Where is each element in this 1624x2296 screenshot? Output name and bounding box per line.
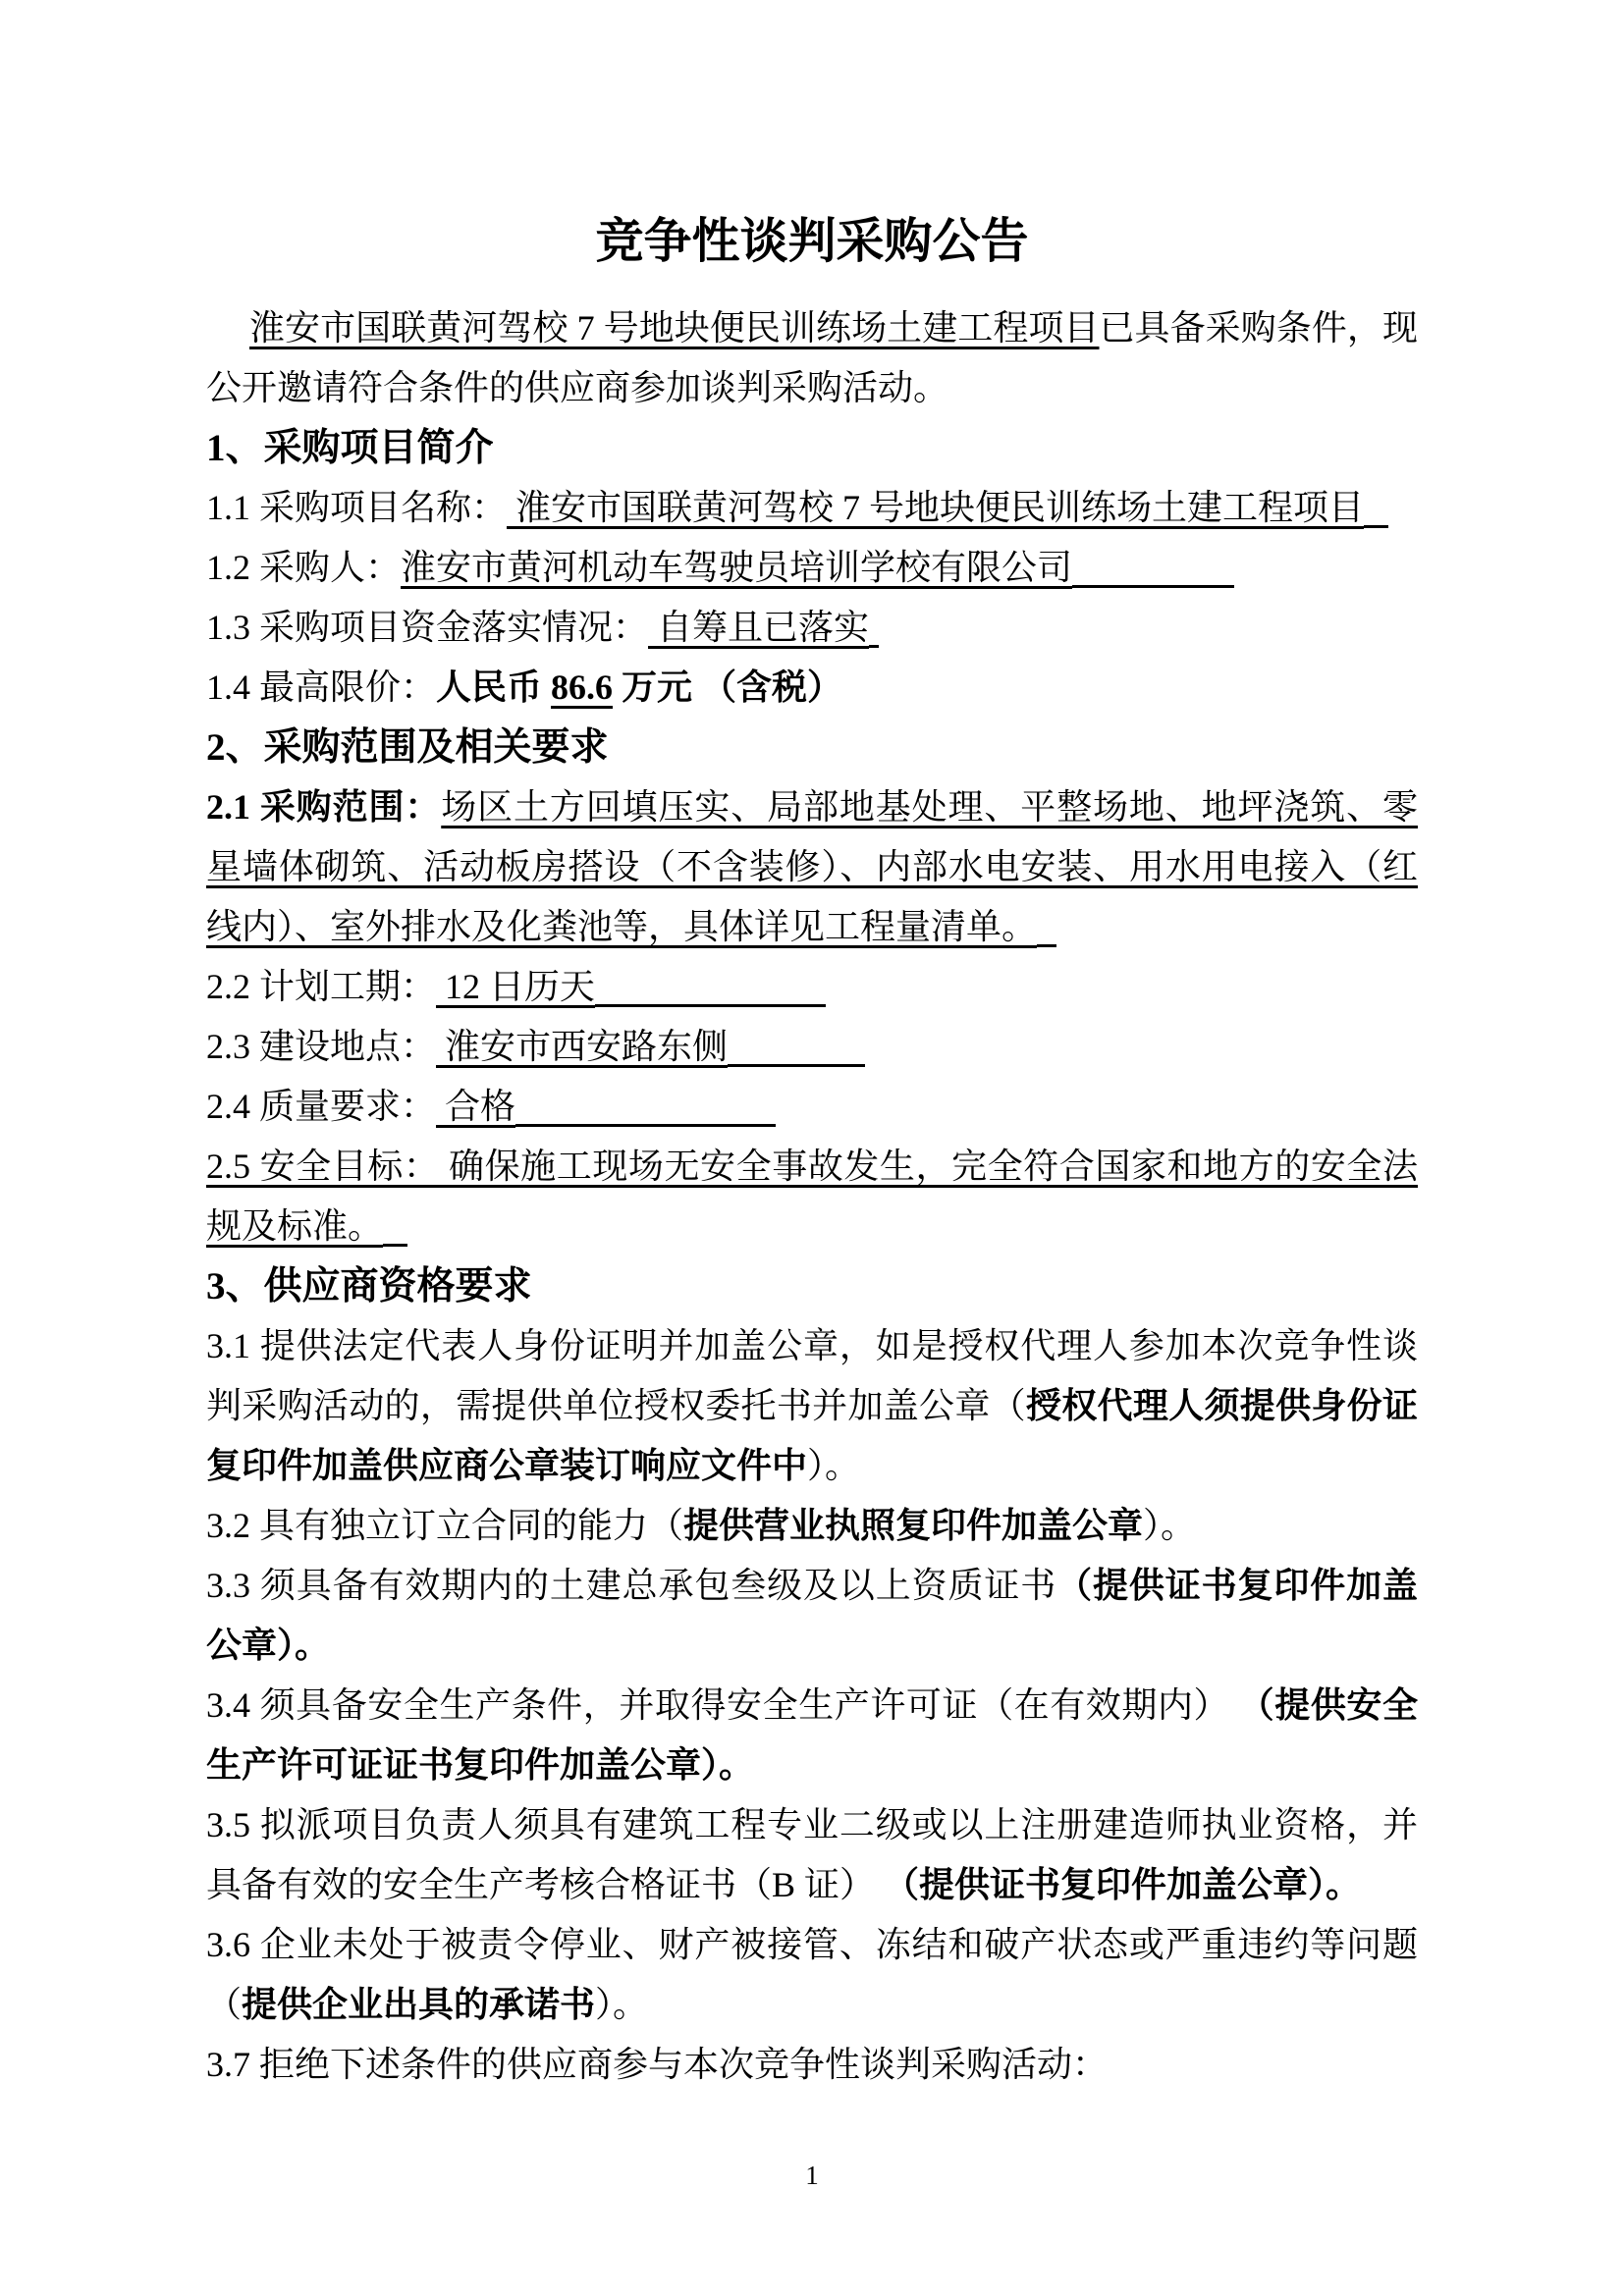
item-3-3-text: 3.3 须具备有效期内的土建总承包叁级及以上资质证书 <box>206 1566 1056 1605</box>
item-2-4-label: 2.4 质量要求： <box>206 1087 436 1126</box>
item-1-2-value: 淮安市黄河机动车驾驶员培训学校有限公司 <box>401 548 1072 587</box>
item-2-5-text: 2.5 安全目标： 确保施工现场无安全事故发生，完全符合国家和地方的安全法规及标… <box>206 1147 1418 1246</box>
item-2-4-value: 合格 <box>436 1087 515 1126</box>
item-3-4: 3.4 须具备安全生产条件，并取得安全生产许可证（在有效期内） （提供安全生产许… <box>206 1676 1418 1795</box>
section-3-heading: 3、供应商资格要求 <box>206 1256 1418 1316</box>
item-1-1-label: 1.1 采购项目名称： <box>206 488 507 527</box>
item-3-1-end: ）。 <box>807 1446 860 1485</box>
item-1-2-label: 1.2 采购人： <box>206 548 401 587</box>
item-1-4-amount: 86.6 <box>551 667 613 707</box>
item-2-3: 2.3 建设地点： 淮安市西安路东侧 <box>206 1017 1418 1077</box>
underline-tail <box>728 1064 865 1067</box>
item-3-1: 3.1 提供法定代表人身份证明并加盖公章，如是授权代理人参加本次竞争性谈判采购活… <box>206 1316 1418 1496</box>
item-1-3-label: 1.3 采购项目资金落实情况： <box>206 608 648 647</box>
item-3-2-bold: 提供营业执照复印件加盖公章 <box>683 1506 1143 1545</box>
item-3-7-text: 3.7 拒绝下述条件的供应商参与本次竞争性谈判采购活动： <box>206 2045 1108 2084</box>
underline-tail <box>383 1244 407 1247</box>
section-1-heading: 1、采购项目简介 <box>206 418 1418 478</box>
item-2-3-label: 2.3 建设地点： <box>206 1027 436 1066</box>
underline-tail <box>1364 525 1388 528</box>
item-3-2-end: ）。 <box>1143 1506 1196 1545</box>
item-3-3: 3.3 须具备有效期内的土建总承包叁级及以上资质证书（提供证书复印件加盖公章）。 <box>206 1556 1418 1676</box>
item-2-3-value: 淮安市西安路东侧 <box>436 1027 728 1066</box>
item-1-4-label: 1.4 最高限价： <box>206 667 436 707</box>
item-1-3: 1.3 采购项目资金落实情况： 自筹且已落实 <box>206 598 1418 658</box>
item-3-5-bold: （提供证书复印件加盖公章）。 <box>884 1865 1361 1904</box>
item-3-6: 3.6 企业未处于被责令停业、财产被接管、冻结和破产状态或严重违约等问题（提供企… <box>206 1915 1418 2035</box>
item-2-1-label: 2.1 采购范围： <box>206 787 441 827</box>
document-page: 竞争性谈判采购公告 淮安市国联黄河驾校 7 号地块便民训练场土建工程项目已具备采… <box>0 0 1624 2296</box>
item-1-4-currency: 人民币 <box>436 667 551 707</box>
item-3-4-text: 3.4 须具备安全生产条件，并取得安全生产许可证（在有效期内） <box>206 1685 1239 1725</box>
item-3-6-bold: 提供企业出具的承诺书 <box>242 1985 595 2024</box>
item-2-1: 2.1 采购范围：场区土方回填压实、局部地基处理、平整场地、地坪浇筑、零星墙体砌… <box>206 777 1418 957</box>
page-number: 1 <box>206 2156 1418 2195</box>
item-2-4: 2.4 质量要求： 合格 <box>206 1077 1418 1137</box>
document-title: 竞争性谈判采购公告 <box>206 210 1418 273</box>
item-2-2-value: 12 日历天 <box>436 967 595 1006</box>
intro-paragraph: 淮安市国联黄河驾校 7 号地块便民训练场土建工程项目已具备采购条件，现公开邀请符… <box>206 298 1418 418</box>
item-2-5: 2.5 安全目标： 确保施工现场无安全事故发生，完全符合国家和地方的安全法规及标… <box>206 1137 1418 1256</box>
underline-tail <box>869 645 879 648</box>
item-1-1-value: 淮安市国联黄河驾校 7 号地块便民训练场土建工程项目 <box>507 488 1364 527</box>
item-1-1: 1.1 采购项目名称： 淮安市国联黄河驾校 7 号地块便民训练场土建工程项目 <box>206 478 1418 538</box>
underline-tail <box>1072 585 1234 588</box>
underline-tail <box>515 1124 776 1127</box>
section-2-heading: 2、采购范围及相关要求 <box>206 718 1418 777</box>
item-2-2-label: 2.2 计划工期： <box>206 967 436 1006</box>
underline-tail <box>1037 944 1056 947</box>
item-1-4-unit: 万元 （含税） <box>613 667 842 707</box>
item-2-2: 2.2 计划工期： 12 日历天 <box>206 957 1418 1017</box>
intro-project-name: 淮安市国联黄河驾校 7 号地块便民训练场土建工程项目 <box>249 308 1100 347</box>
item-1-4: 1.4 最高限价：人民币 86.6 万元 （含税） <box>206 658 1418 718</box>
item-3-5: 3.5 拟派项目负责人须具有建筑工程专业二级或以上注册建造师执业资格，并具备有效… <box>206 1795 1418 1915</box>
item-1-3-value: 自筹且已落实 <box>648 608 869 647</box>
item-3-2: 3.2 具有独立订立合同的能力（提供营业执照复印件加盖公章）。 <box>206 1496 1418 1556</box>
item-3-6-end: ）。 <box>595 1985 648 2024</box>
underline-tail <box>595 1004 826 1007</box>
item-3-2-text: 3.2 具有独立订立合同的能力（ <box>206 1506 683 1545</box>
item-1-2: 1.2 采购人：淮安市黄河机动车驾驶员培训学校有限公司 <box>206 538 1418 598</box>
item-3-7: 3.7 拒绝下述条件的供应商参与本次竞争性谈判采购活动： <box>206 2035 1418 2095</box>
